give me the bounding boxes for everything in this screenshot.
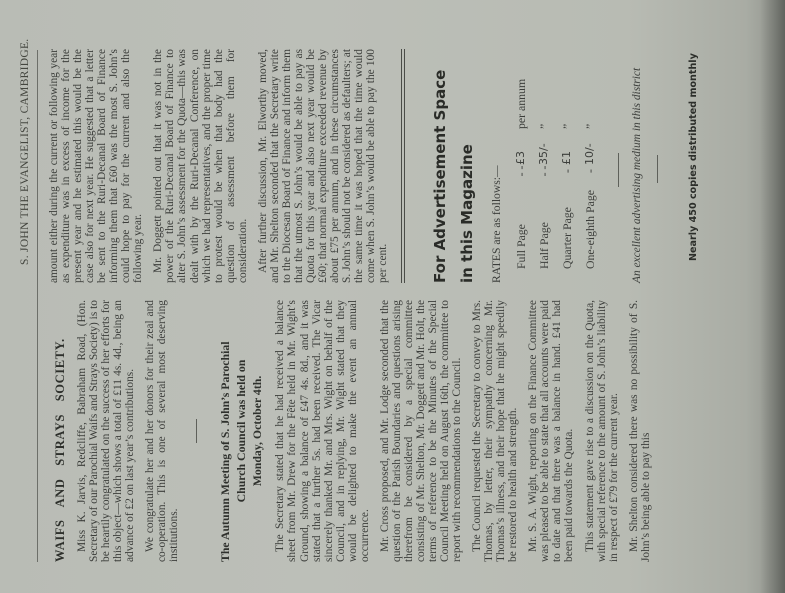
rate-unit: ”: [561, 49, 584, 129]
meeting-paragraph: Mr. S. A. Wight, reporting on the Financ…: [527, 300, 575, 562]
rate-row: Full Page- -£3per annum: [515, 49, 538, 283]
rates-table: Full Page- -£3per annumHalf Page- -35/-”…: [515, 49, 607, 283]
meeting-paragraph: Mr. Doggett pointed out that it was not …: [152, 49, 248, 283]
advert-title-line: For Advertisement Space: [427, 49, 454, 283]
right-column: amount either during the current or foll…: [48, 49, 700, 283]
meeting-paragraph: After further discussion, Mr. Elworthy m…: [257, 49, 390, 283]
rate-price: £3: [515, 129, 538, 165]
meeting-paragraph: The Secretary stated that he had receive…: [274, 300, 370, 562]
waifs-paragraph: Miss K. Jarvis, Redcliffe, Babraham Road…: [76, 300, 136, 562]
left-column: WAIFS AND STRAYS SOCIETY. Miss K. Jarvis…: [48, 300, 660, 562]
rate-size: Half Page: [538, 177, 561, 283]
waifs-paragraph: We congratulate her and her donors for t…: [144, 300, 180, 562]
advert-title-line: in this Magazine: [454, 49, 481, 283]
rate-separator: - -: [538, 165, 561, 177]
rate-price: 35/-: [538, 129, 561, 165]
rate-unit: ”: [538, 49, 561, 129]
section-divider: [196, 419, 197, 443]
rate-separator: - -: [515, 165, 538, 177]
rate-row: Quarter Page-£1”: [561, 49, 584, 283]
advert-divider: [657, 155, 658, 183]
advert-divider: [618, 153, 619, 187]
rate-size: One-eighth Page: [584, 177, 607, 283]
rate-size: Quarter Page: [561, 177, 584, 283]
advert-tagline: An excellent advertising medium in this …: [631, 49, 643, 283]
header-rule: [37, 50, 38, 562]
rate-separator: -: [561, 165, 584, 177]
rates-intro: RATES are as follows:—: [491, 49, 503, 283]
waifs-strays-heading: WAIFS AND STRAYS SOCIETY.: [54, 300, 66, 562]
advertisement-box: For Advertisement Space in this Magazine…: [427, 49, 699, 283]
rate-size: Full Page: [515, 177, 538, 283]
meeting-paragraph: Mr. Cross proposed, and Mr. Lodge second…: [379, 300, 463, 562]
page-edge-shadow: [760, 0, 785, 593]
rate-unit: ”: [584, 49, 607, 129]
rate-unit: per annum: [515, 49, 538, 129]
meeting-paragraph: The Council requested the Secretary to c…: [471, 300, 519, 562]
meeting-heading: The Autumn Meeting of S. John’s Parochia…: [217, 300, 265, 562]
meeting-heading-line: The Autumn Meeting of S. John’s Parochia…: [217, 300, 233, 562]
rate-price: 10/-: [584, 129, 607, 165]
meeting-paragraph-continued: amount either during the current or foll…: [48, 49, 144, 283]
meeting-heading-line: Church Council was held on: [233, 300, 249, 562]
magazine-page: S. JOHN THE EVANGELIST, CAMBRIDGE. WAIFS…: [0, 0, 785, 593]
rate-row: Half Page- -35/-”: [538, 49, 561, 283]
running-head: S. JOHN THE EVANGELIST, CAMBRIDGE.: [19, 125, 31, 265]
meeting-paragraph: This statement gave rise to a discussion…: [584, 300, 620, 562]
rate-price: £1: [561, 129, 584, 165]
advert-title: For Advertisement Space in this Magazine: [427, 49, 481, 283]
meeting-paragraph: Mr. Shelton considered there was no poss…: [628, 300, 652, 562]
meeting-date: Monday, October 4th.: [249, 300, 265, 562]
rate-separator: -: [584, 165, 607, 177]
double-rule-divider: [401, 49, 405, 283]
rate-row: One-eighth Page-10/-”: [584, 49, 607, 283]
circulation-note: Nearly 450 copies distributed monthly: [688, 49, 700, 283]
